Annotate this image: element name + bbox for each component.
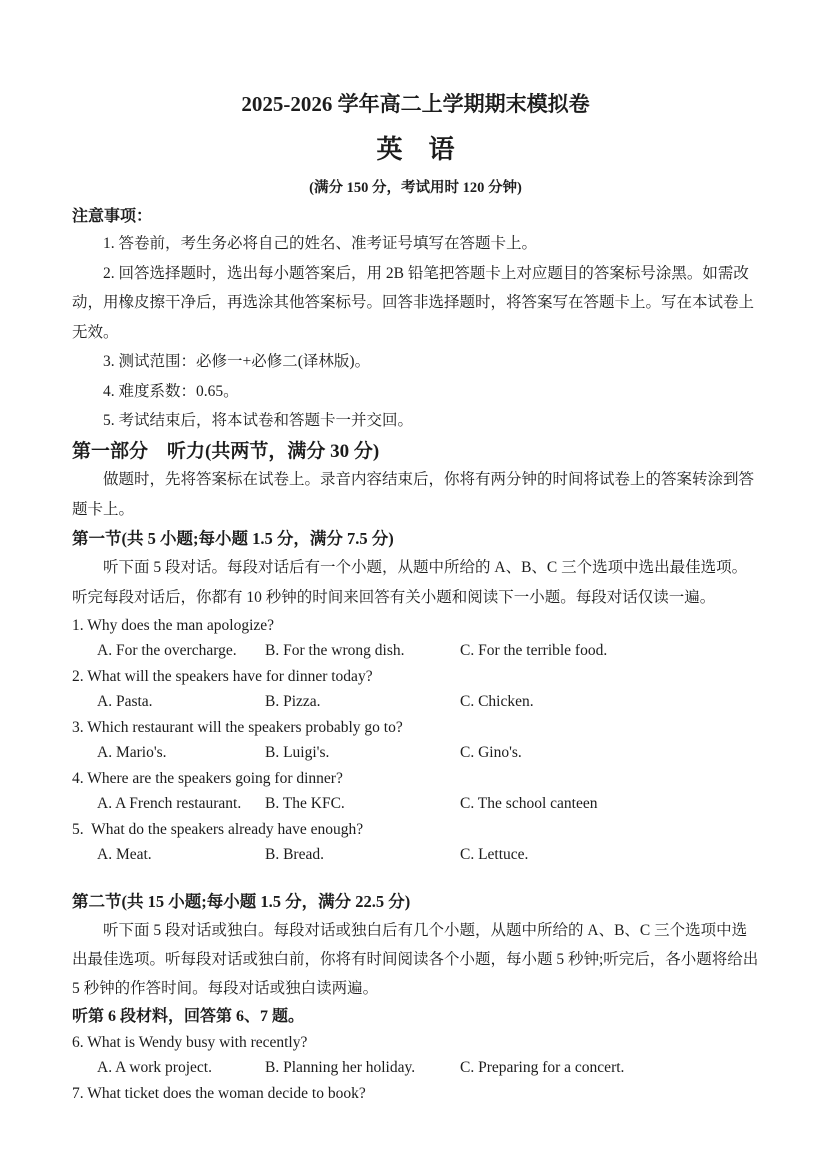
question-5-option-b: B. Bread. (265, 842, 460, 868)
question-3-option-c: C. Gino's. (460, 740, 759, 766)
question-7-text: 7. What ticket does the woman decide to … (72, 1081, 759, 1107)
question-6-option-c: C. Preparing for a concert. (460, 1055, 759, 1081)
question-4-options: A. A French restaurant. B. The KFC. C. T… (97, 791, 759, 817)
section2-heading: 第二节(共 15 小题;每小题 1.5 分，满分 22.5 分) (72, 888, 759, 916)
note-item-2: 2. 回答选择题时，选出每小题答案后，用 2B 铅笔把答题卡上对应题目的答案标号… (72, 259, 759, 348)
question-2-option-c: C. Chicken. (460, 689, 759, 715)
notes-heading: 注意事项： (72, 205, 759, 229)
question-6-text: 6. What is Wendy busy with recently? (72, 1030, 759, 1056)
question-4-text: 4. Where are the speakers going for dinn… (72, 766, 759, 792)
part1-heading: 第一部分 听力(共两节，满分 30 分) (72, 438, 759, 465)
question-6-option-b: B. Planning her holiday. (265, 1055, 460, 1081)
question-1-option-a: A. For the overcharge. (97, 638, 265, 664)
exam-paper-page: 2025-2026 学年高二上学期期末模拟卷 英 语 (满分 150 分，考试用… (0, 0, 827, 1169)
question-1-option-c: C. For the terrible food. (460, 638, 759, 664)
question-6-options: A. A work project. B. Planning her holid… (97, 1055, 759, 1081)
note-item-3: 3. 测试范围：必修一+必修二(译林版)。 (72, 347, 759, 377)
question-2-option-b: B. Pizza. (265, 689, 460, 715)
question-3-options: A. Mario's. B. Luigi's. C. Gino's. (97, 740, 759, 766)
question-5-option-a: A. Meat. (97, 842, 265, 868)
notes-list: 1. 答卷前，考生务必将自己的姓名、准考证号填写在答题卡上。 2. 回答选择题时… (72, 229, 759, 436)
question-4-option-a: A. A French restaurant. (97, 791, 265, 817)
question-4-option-b: B. The KFC. (265, 791, 460, 817)
question-1-option-b: B. For the wrong dish. (265, 638, 460, 664)
question-3-option-a: A. Mario's. (97, 740, 265, 766)
question-1-options: A. For the overcharge. B. For the wrong … (97, 638, 759, 664)
doc-title: 2025-2026 学年高二上学期期末模拟卷 (72, 0, 759, 118)
exam-paper: { "colors": { "paper": "#ffffff", "ink":… (0, 0, 827, 1169)
section2-intro: 听下面 5 段对话或独白。每段对话或独白后有几个小题，从题中所给的 A、B、C … (72, 916, 759, 1003)
question-2-option-a: A. Pasta. (97, 689, 265, 715)
part1-intro: 做题时，先将答案标在试卷上。录音内容结束后，你将有两分钟的时间将试卷上的答案转涂… (72, 465, 759, 525)
section1-intro: 听下面 5 段对话。每段对话后有一个小题，从题中所给的 A、B、C 三个选项中选… (72, 553, 759, 613)
exam-info: (满分 150 分，考试用时 120 分钟) (72, 178, 759, 198)
section1-heading: 第一节(共 5 小题;每小题 1.5 分，满分 7.5 分) (72, 525, 759, 553)
question-5-text: 5. What do the speakers already have eno… (72, 817, 759, 843)
question-6: 6. What is Wendy busy with recently? A. … (72, 1030, 759, 1081)
question-2-text: 2. What will the speakers have for dinne… (72, 664, 759, 690)
question-3-option-b: B. Luigi's. (265, 740, 460, 766)
note-item-1: 1. 答卷前，考生务必将自己的姓名、准考证号填写在答题卡上。 (72, 229, 759, 259)
question-4: 4. Where are the speakers going for dinn… (72, 766, 759, 817)
question-2-options: A. Pasta. B. Pizza. C. Chicken. (97, 689, 759, 715)
question-5: 5. What do the speakers already have eno… (72, 817, 759, 868)
material6-heading: 听第 6 段材料，回答第 6、7 题。 (72, 1003, 759, 1030)
question-2: 2. What will the speakers have for dinne… (72, 664, 759, 715)
question-6-option-a: A. A work project. (97, 1055, 265, 1081)
subject-title: 英 语 (72, 134, 759, 166)
question-3: 3. Which restaurant will the speakers pr… (72, 715, 759, 766)
note-item-4: 4. 难度系数：0.65。 (72, 377, 759, 407)
question-7: 7. What ticket does the woman decide to … (72, 1081, 759, 1107)
question-1-text: 1. Why does the man apologize? (72, 613, 759, 639)
question-4-option-c: C. The school canteen (460, 791, 759, 817)
question-5-options: A. Meat. B. Bread. C. Lettuce. (97, 842, 759, 868)
question-3-text: 3. Which restaurant will the speakers pr… (72, 715, 759, 741)
note-item-5: 5. 考试结束后，将本试卷和答题卡一并交回。 (72, 406, 759, 436)
question-5-option-c: C. Lettuce. (460, 842, 759, 868)
question-1: 1. Why does the man apologize? A. For th… (72, 613, 759, 664)
